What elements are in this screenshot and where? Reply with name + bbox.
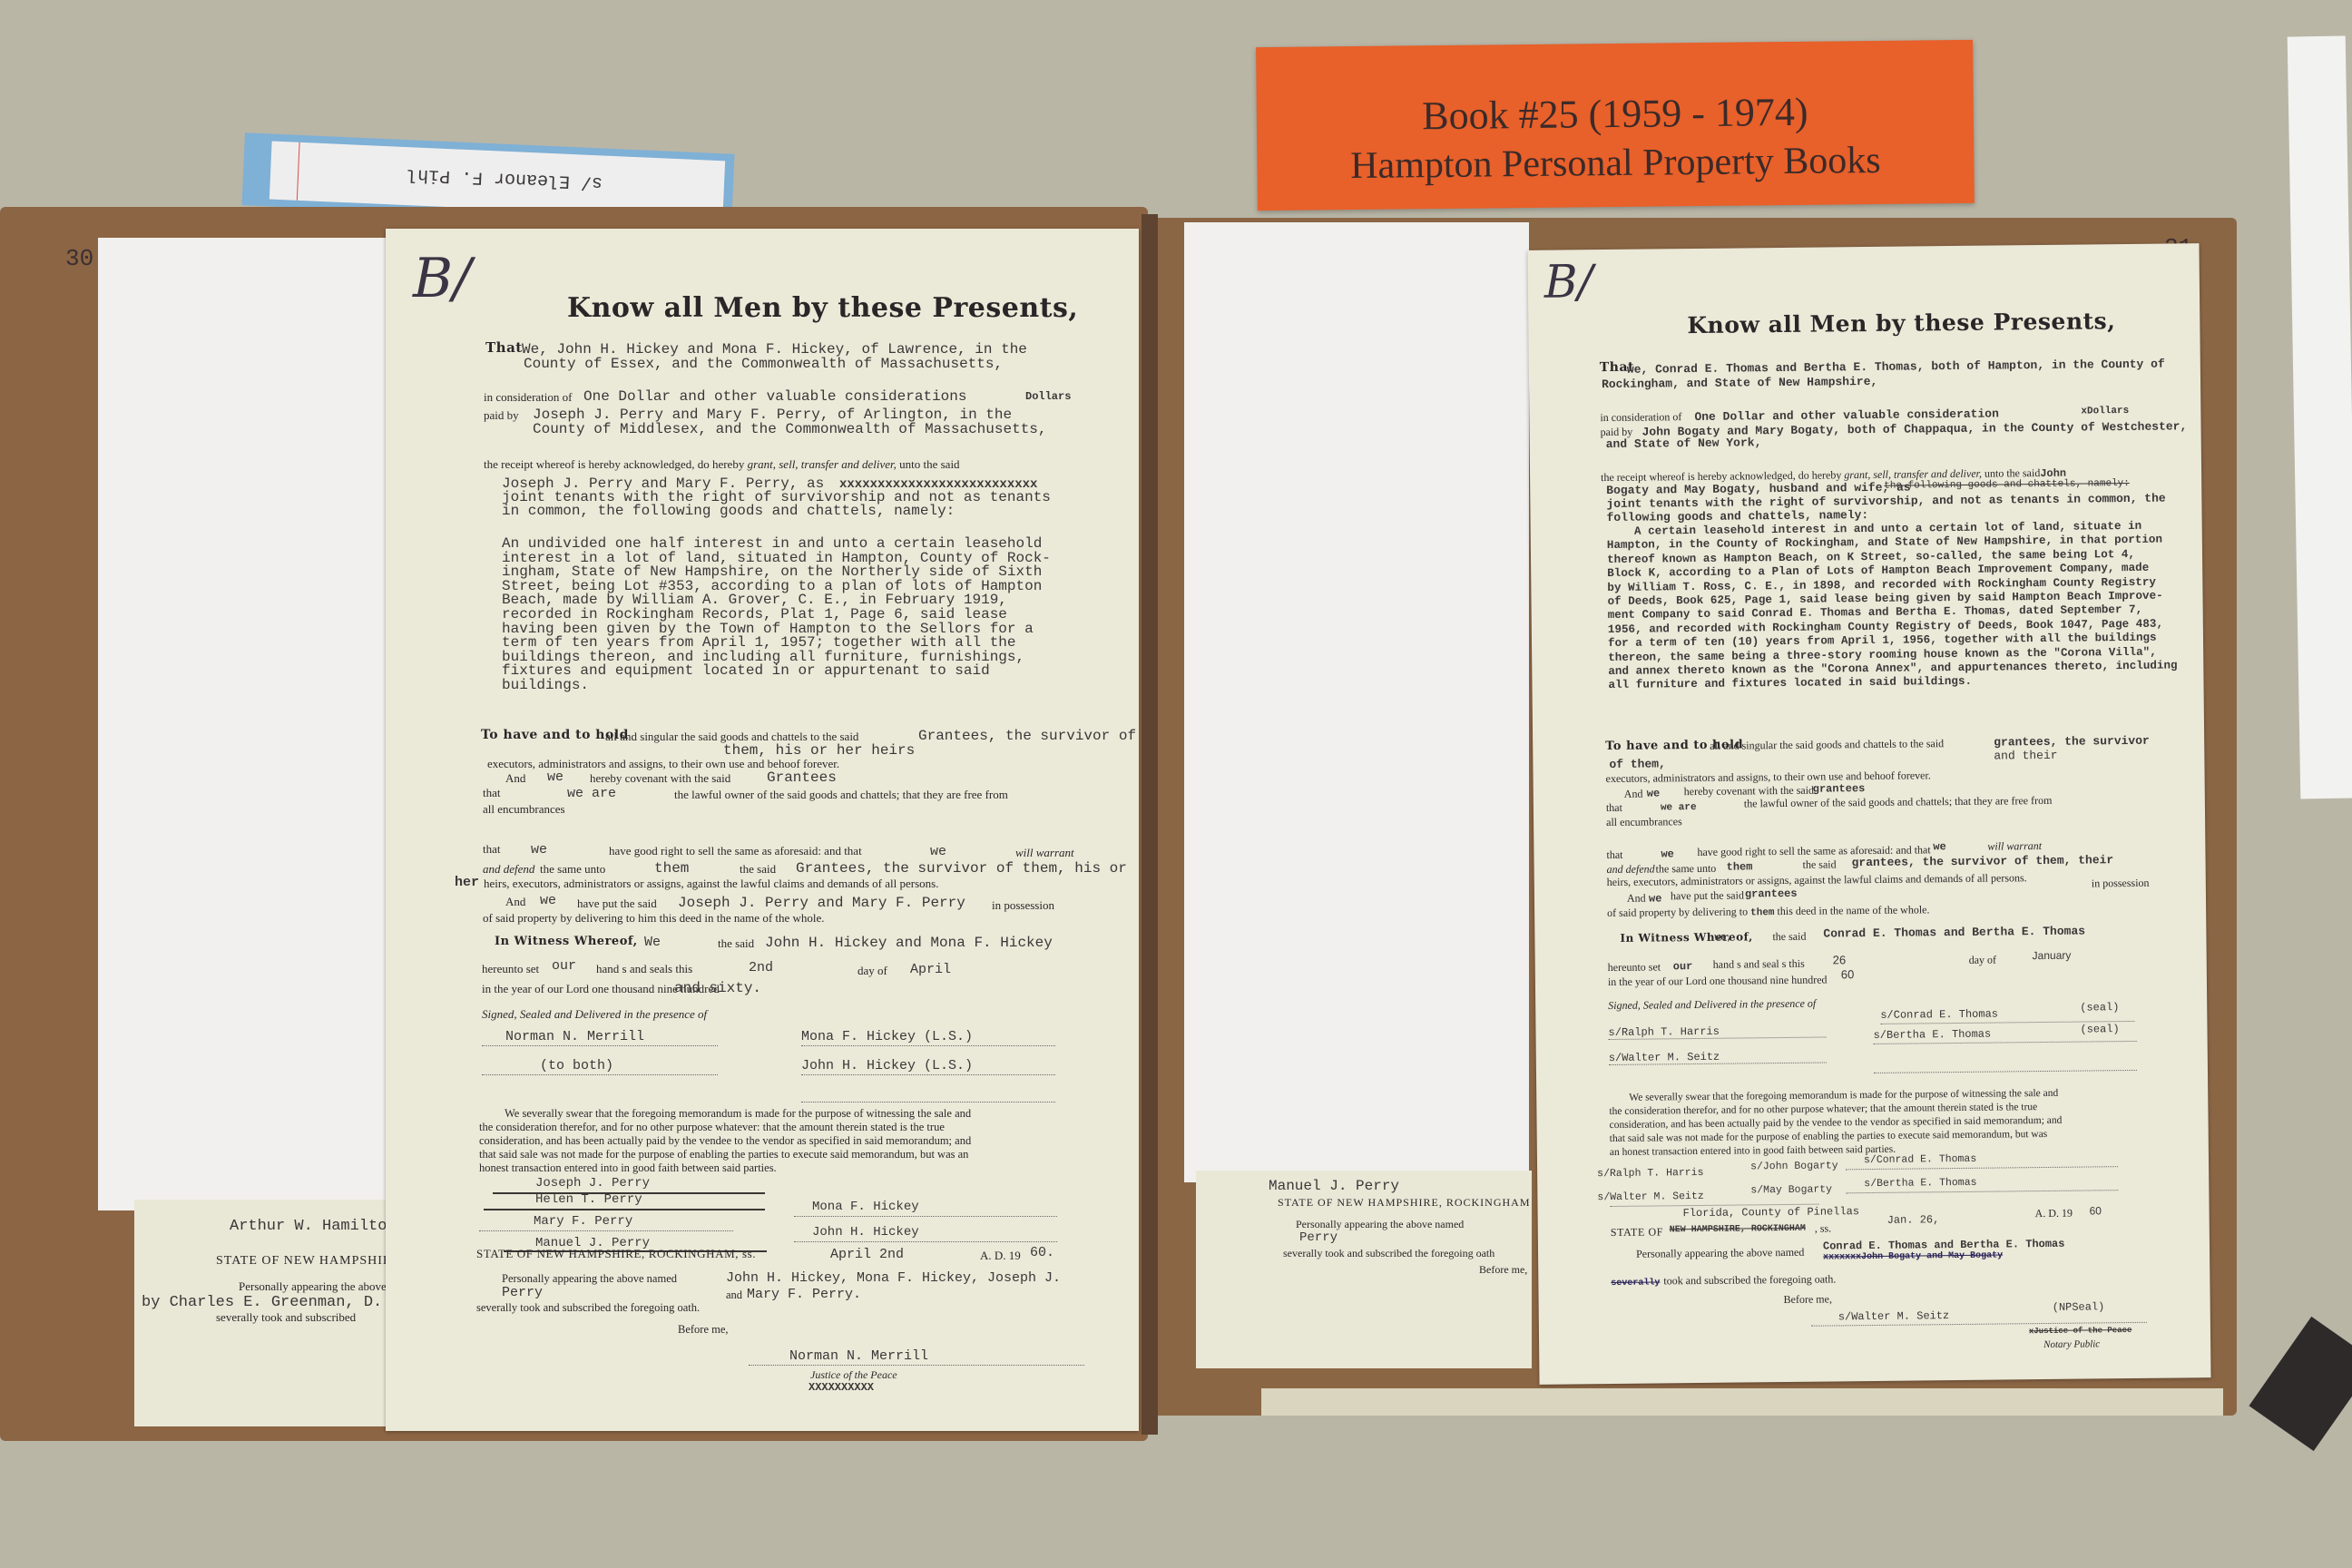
delivering: of said property by delivering to him th…: [483, 911, 825, 926]
day-of: day of: [857, 964, 887, 978]
that-label: That: [485, 339, 523, 356]
appearing-typed2: Perry: [502, 1285, 543, 1300]
witness-signature-2: (to both): [540, 1058, 613, 1073]
good-right: have good right to sell the same as afor…: [609, 844, 862, 858]
heirs-line: heirs, executors, administrators or assi…: [484, 877, 938, 891]
anno-domini: A. D. 19: [2035, 1207, 2073, 1220]
right-we: we: [531, 842, 547, 857]
officer-struck: XXXXXXXXXX: [808, 1381, 874, 1394]
habendum-typed2: of them,: [1609, 757, 1666, 771]
oath-signature: s/Bertha E. Thomas: [1864, 1177, 1976, 1190]
that-word: that: [1606, 801, 1622, 815]
took-oath: severally took and subscribed the forego…: [476, 1301, 700, 1315]
grantor-line1: we, Conrad E. Thomas and Bertha E. Thoma…: [1627, 358, 2165, 377]
officer-struck: xJustice of the Peace: [2029, 1326, 2132, 1336]
grantor-signature-1: s/Conrad E. Thomas: [1880, 1008, 1998, 1022]
county-typed: Florida, County of Pinellas: [1683, 1205, 1860, 1220]
witness-signature-1: Norman N. Merrill: [505, 1029, 644, 1044]
signature-line: [794, 1241, 1057, 1242]
dollars-struck: Dollars: [1025, 390, 1071, 403]
seal-1: (seal): [2080, 1001, 2119, 1014]
that-word-2: that: [483, 842, 501, 857]
day: 26: [1833, 953, 1847, 966]
our: our: [552, 958, 576, 974]
covenant-text: hereby covenant with the said: [590, 771, 730, 786]
our: our: [1673, 960, 1693, 973]
signature-line: [482, 1045, 718, 1046]
paid-by-label: paid by: [484, 408, 519, 423]
deed-title: Know all Men by these Presents,: [567, 292, 1078, 324]
signature-line: [482, 1074, 718, 1075]
before-me: Before me,: [678, 1323, 729, 1337]
will-warrant: will warrant: [1987, 839, 2042, 854]
month: April: [910, 962, 951, 977]
oath-signature: s/Walter M. Seitz: [1597, 1191, 1703, 1203]
witness-label: In Witness Whereof,: [1620, 930, 1752, 945]
signed-label: Signed, Sealed and Delivered in the pres…: [482, 1007, 707, 1022]
covenant-and: And: [505, 771, 525, 786]
initial-mark: B/: [1544, 255, 1593, 309]
appearing-typed3: Mary F. Perry.: [747, 1287, 861, 1302]
her: her: [455, 875, 479, 890]
lawful-owner: the lawful owner of the said goods and c…: [674, 788, 1008, 802]
under-deed-left: Arthur W. Hamilton STATE OF NEW HAMPSHIR…: [134, 1200, 407, 1426]
will-warrant: will warrant: [1015, 846, 1074, 860]
appearing-typed1: John H. Hickey, Mona F. Hickey, Joseph J…: [726, 1270, 1061, 1286]
day-of: day of: [1969, 954, 1996, 967]
covenant-grantees: Grantees: [767, 769, 837, 786]
warrant-we: we: [930, 844, 946, 859]
year-typed: and sixty.: [674, 980, 761, 996]
deed-title: Know all Men by these Presents,: [1687, 308, 2115, 338]
under-by: by Charles E. Greenman, D. M.: [142, 1294, 410, 1311]
oath-signature: Joseph J. Perry: [535, 1176, 650, 1191]
lawful-owner: the lawful owner of the said goods and c…: [1744, 794, 2053, 811]
oath-signature: s/Conrad E. Thomas: [1864, 1153, 1976, 1166]
grantor-signature-2: John H. Hickey (L.S.): [801, 1058, 973, 1073]
took-oath: took and subscribed the foregoing oath.: [1663, 1272, 1836, 1288]
grantor-signature-2: s/Bertha E. Thomas: [1873, 1028, 1991, 1042]
right-deed: B/ Know all Men by these Presents, That …: [1527, 243, 2210, 1385]
oath-signature: s/Ralph T. Harris: [1597, 1167, 1703, 1180]
property-description: An undivided one half interest in and un…: [502, 537, 1051, 693]
property-description: A certain leasehold interest in and unto…: [1607, 519, 2178, 692]
signature-line: [479, 1230, 733, 1231]
grantee-line2: County of Middlesex, and the Commonwealt…: [533, 421, 1047, 437]
under-state: STATE OF NEW HAMPSHIRE: [216, 1254, 401, 1269]
hands-seals: hand s and seal s this: [1713, 957, 1805, 972]
under-took-right: severally took and subscribed the forego…: [1283, 1247, 1494, 1260]
encumbrances: all encumbrances: [483, 802, 565, 817]
grantor-line2: County of Essex, and the Commonwealth of…: [524, 356, 1003, 372]
oath-signature: Helen T. Perry: [535, 1192, 642, 1207]
slip-signature: s/ Eleanor F. Pihl: [407, 163, 603, 192]
took-struck: severally: [1611, 1278, 1660, 1289]
the-said: the said: [1803, 857, 1837, 871]
signature-line: [1846, 1166, 2118, 1170]
under-name-right: Perry: [1299, 1230, 1338, 1245]
signature-line: [1874, 1070, 2137, 1073]
before-me: Before me,: [1784, 1292, 1832, 1307]
we-are: we are: [567, 786, 616, 801]
habendum-typed1: Grantees, the survivor of: [918, 728, 1136, 744]
blank-white-sheet-right: [1184, 222, 1529, 1182]
state-date: Jan. 26,: [1887, 1213, 1940, 1227]
witness-names: John H. Hickey and Mona F. Hickey: [765, 935, 1053, 951]
covenant-grantees: grantees: [1813, 782, 1866, 796]
hands-seals: hand s and seals this: [596, 962, 692, 976]
oath-signature: Mary F. Perry: [534, 1214, 632, 1229]
page-edges: [1261, 1388, 2223, 1416]
under-deed-right: Manuel J. Perry STATE OF NEW HAMPSHIRE, …: [1196, 1171, 1532, 1368]
state-date: April 2nd: [830, 1247, 904, 1262]
defend-typed: Grantees, the survivor of them, his or: [796, 860, 1127, 877]
book-label-line1: Book #25 (1959 - 1974): [1257, 87, 1974, 141]
delivering: of said property by delivering to them t…: [1607, 903, 1929, 920]
under-before-right: Before me,: [1479, 1263, 1527, 1277]
under-state-right: STATE OF NEW HAMPSHIRE, ROCKINGHAM: [1278, 1196, 1531, 1210]
and-defend: and defend: [483, 862, 534, 877]
consideration-label: in consideration of: [484, 390, 572, 405]
page-number-left: 30: [65, 245, 93, 272]
day: 2nd: [749, 960, 773, 975]
hereunto: hereunto set: [482, 962, 539, 976]
witness-we: We: [644, 935, 661, 950]
signature-line: [801, 1045, 1055, 1046]
witness-we: we,: [1714, 933, 1732, 944]
book-spine: [1142, 214, 1158, 1435]
put-we: we: [540, 893, 556, 908]
blank-white-sheet-left: [98, 238, 407, 1210]
grantor-line2: Rockingham, and State of New Hampshire,: [1602, 375, 1877, 391]
defend-text: the same unto: [540, 862, 605, 877]
struck-text: xxxxxxxxxxxxxxxxxxxxxxxxxx: [839, 477, 1037, 492]
them: them: [1727, 860, 1753, 873]
that-word-2: that: [1606, 848, 1622, 862]
consideration-label: in consideration of: [1600, 410, 1681, 425]
signature-line: [749, 1365, 1084, 1366]
officer-signature: Norman N. Merrill: [789, 1348, 928, 1364]
put-we: we: [1649, 892, 1662, 905]
officer-title: Notary Public: [2043, 1338, 2100, 1350]
officer-signature: s/Walter M. Seitz: [1838, 1309, 1950, 1323]
oath-signature: John H. Hickey: [812, 1225, 919, 1240]
witness-label: In Witness Whereof,: [495, 935, 638, 948]
dark-object: [2249, 1317, 2352, 1451]
officer-seal: (NPSeal): [2053, 1300, 2105, 1314]
signature-line: [801, 1102, 1055, 1102]
right-we: we: [1661, 848, 1674, 860]
appearing: Personally appearing the above named: [502, 1272, 677, 1286]
covenant-and: And: [1624, 788, 1643, 801]
anno-domini: A. D. 19: [980, 1249, 1021, 1263]
covenant-we: we: [1647, 787, 1661, 799]
ad-year: 60.: [1030, 1245, 1054, 1260]
in-possession: in possession: [992, 898, 1054, 913]
habendum-and: and their: [1994, 749, 2057, 763]
seal-2: (seal): [2080, 1023, 2119, 1035]
appearing-and: and: [726, 1289, 742, 1302]
witness-names: Conrad E. Thomas and Bertha E. Thomas: [1823, 925, 2085, 941]
witness-signature-1: s/Ralph T. Harris: [1608, 1025, 1720, 1039]
appearing-struck: xxxxxxxJohn Bogaty and May Bogaty: [1823, 1250, 2003, 1262]
signature-line: [794, 1216, 1057, 1217]
initial-mark: B/: [413, 247, 471, 310]
put-and: And: [505, 895, 525, 909]
the-said: the said: [740, 862, 776, 877]
encumbrances: all encumbrances: [1606, 815, 1682, 829]
signature-line: [801, 1074, 1055, 1075]
oath-text: We severally swear that the foregoing me…: [479, 1107, 1069, 1175]
under-witness: Arthur W. Hamilton: [230, 1218, 397, 1235]
habendum-typed1: grantees, the survivor: [1994, 734, 2150, 750]
appearing-typed1: Conrad E. Thomas and Bertha E. Thomas: [1823, 1238, 2065, 1253]
put-text: have put the said: [1671, 888, 1744, 903]
loose-sheet: [2288, 36, 2352, 799]
state-line: STATE OF NEW HAMPSHIRE, ROCKINGHAM, ss.: [476, 1247, 756, 1261]
under-witness-right: Manuel J. Perry: [1269, 1178, 1399, 1194]
we-are: we are: [1661, 802, 1697, 813]
oath-signature: Mona F. Hickey: [812, 1200, 919, 1214]
month: January: [2033, 949, 2072, 962]
witness-signature-2: s/Walter M. Seitz: [1609, 1051, 1720, 1064]
signature-line: [1874, 1041, 2137, 1044]
left-deed: B/ Know all Men by these Presents, That …: [386, 229, 1139, 1431]
dollars-struck: xDollars: [2081, 406, 2129, 417]
under-appearing-right: Personally appearing the above named: [1296, 1218, 1464, 1231]
defend-typed: grantees, the survivor of them, their: [1851, 853, 2113, 869]
oath-signature: s/John Bogarty: [1750, 1160, 1838, 1172]
receipt-line: the receipt whereof is hereby acknowledg…: [484, 457, 960, 472]
ss: , ss.: [1815, 1221, 1831, 1235]
ad-year: 60: [2090, 1204, 2102, 1217]
in-possession: in possession: [2092, 877, 2150, 891]
grantee-line2: and State of New York,: [1606, 436, 1762, 451]
state-label: STATE OF: [1611, 1225, 1663, 1240]
oath-text: We severally swear that the foregoing me…: [1609, 1086, 2154, 1160]
oath-signature: s/May Bogarty: [1750, 1183, 1832, 1196]
them: them: [654, 860, 689, 877]
witness-said: the said: [718, 936, 754, 951]
officer-title: Justice of the Peace: [810, 1368, 897, 1382]
covenant-we: we: [547, 769, 563, 785]
grantor-signature-1: Mona F. Hickey (L.S.): [801, 1029, 973, 1044]
signature-line: [1846, 1190, 2118, 1193]
year-typed: 60: [1841, 967, 1855, 981]
book-label-line2: Hampton Personal Property Books: [1257, 138, 1974, 189]
signature-rule: [484, 1209, 765, 1210]
witness-said: the said: [1772, 930, 1806, 944]
signed-label: Signed, Sealed and Delivered in the pres…: [1608, 997, 1816, 1013]
year-text: in the year of our Lord one thousand nin…: [1608, 973, 1828, 989]
habendum-text: all and singular the said goods and chat…: [1710, 737, 1944, 753]
put-and: And: [1627, 892, 1646, 906]
warrant-we: we: [1933, 840, 1946, 853]
hereunto: hereunto set: [1608, 960, 1661, 975]
put-typed: grantees: [1745, 887, 1798, 901]
under-took: severally took and subscribed: [216, 1310, 356, 1325]
consideration-value: One Dollar and other valuable considerat…: [583, 388, 966, 405]
book-label: Book #25 (1959 - 1974) Hampton Personal …: [1256, 40, 1975, 211]
state-struck: NEW HAMPSHIRE, ROCKINGHAM: [1670, 1224, 1806, 1236]
put-typed: Joseph J. Perry and Mary F. Perry: [678, 895, 965, 911]
put-text: have put the said: [577, 897, 657, 911]
that-word: that: [483, 786, 501, 800]
appearing: Personally appearing the above named: [1636, 1246, 1804, 1261]
